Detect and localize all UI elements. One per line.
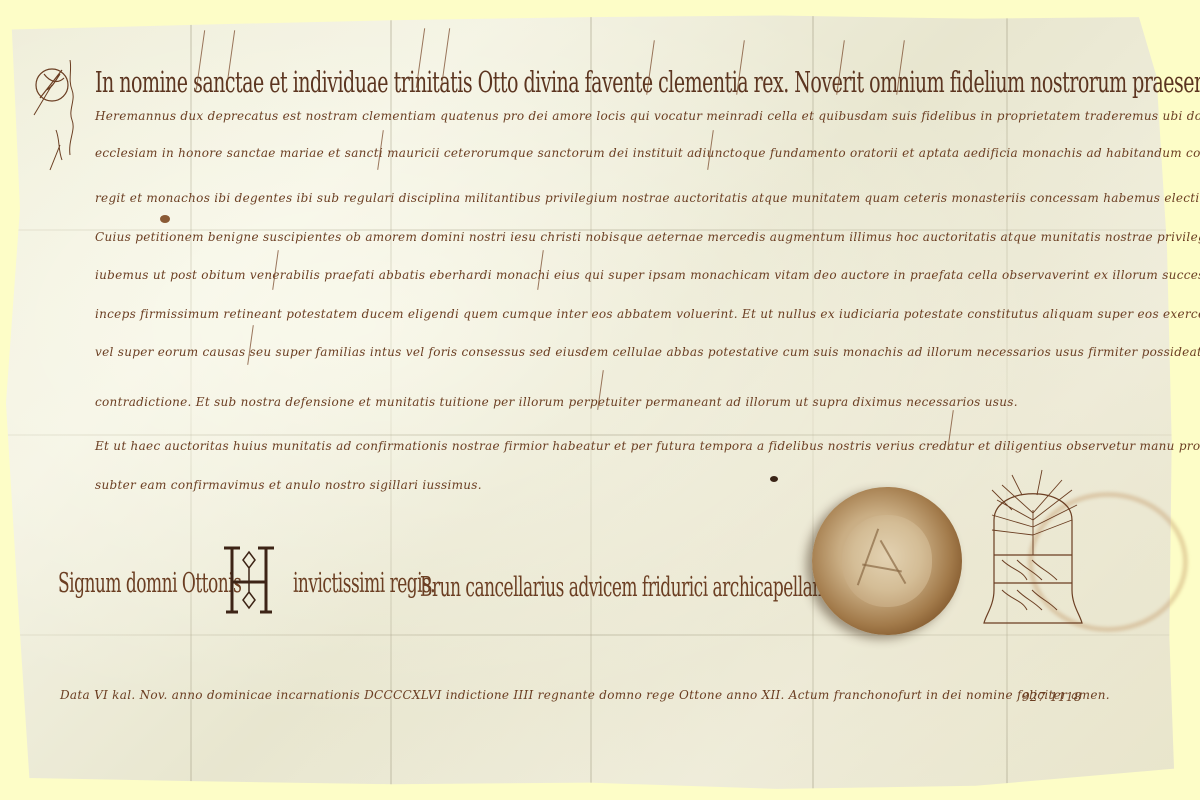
signum-text: Signum domni Ottonis bbox=[58, 568, 241, 600]
body-line: vel super eorum causas seu super familia… bbox=[95, 345, 1200, 359]
seal-impression bbox=[842, 515, 932, 607]
body-line: inceps firmissimum retineant potestatem … bbox=[95, 307, 1200, 321]
chrismon-icon bbox=[30, 60, 90, 190]
recognition-sign-icon bbox=[972, 455, 1102, 633]
body-line: regit et monachos ibi degentes ibi sub r… bbox=[95, 191, 1200, 205]
marginal-note: 927 1118 bbox=[1022, 690, 1082, 704]
fold-line bbox=[6, 434, 1174, 436]
body-line: ecclesiam in honore sanctae mariae et sa… bbox=[95, 146, 1200, 160]
royal-monogram-icon bbox=[224, 540, 284, 620]
body-line: Heremannus dux deprecatus est nostram cl… bbox=[95, 109, 1200, 123]
body-line: contradictione. Et sub nostra defensione… bbox=[95, 395, 1018, 409]
body-line: subter eam confirmavimus et anulo nostro… bbox=[95, 478, 482, 492]
ink-blot bbox=[770, 476, 778, 482]
body-line: iubemus ut post obitum venerabilis praef… bbox=[95, 268, 1200, 282]
ink-blot bbox=[160, 215, 170, 223]
dating-line: Data VI kal. Nov. anno dominicae incarna… bbox=[60, 688, 1110, 702]
wax-seal bbox=[812, 487, 962, 635]
signum-end-text: invictissimi regis. bbox=[293, 568, 435, 600]
fold-line bbox=[6, 634, 1174, 636]
body-line: Cuius petitionem benigne suscipientes ob… bbox=[95, 230, 1200, 244]
body-line: Et ut haec auctoritas huius munitatis ad… bbox=[95, 439, 1200, 453]
elongata-first-line: In nomine sanctae et individuae trinitat… bbox=[95, 67, 1155, 100]
